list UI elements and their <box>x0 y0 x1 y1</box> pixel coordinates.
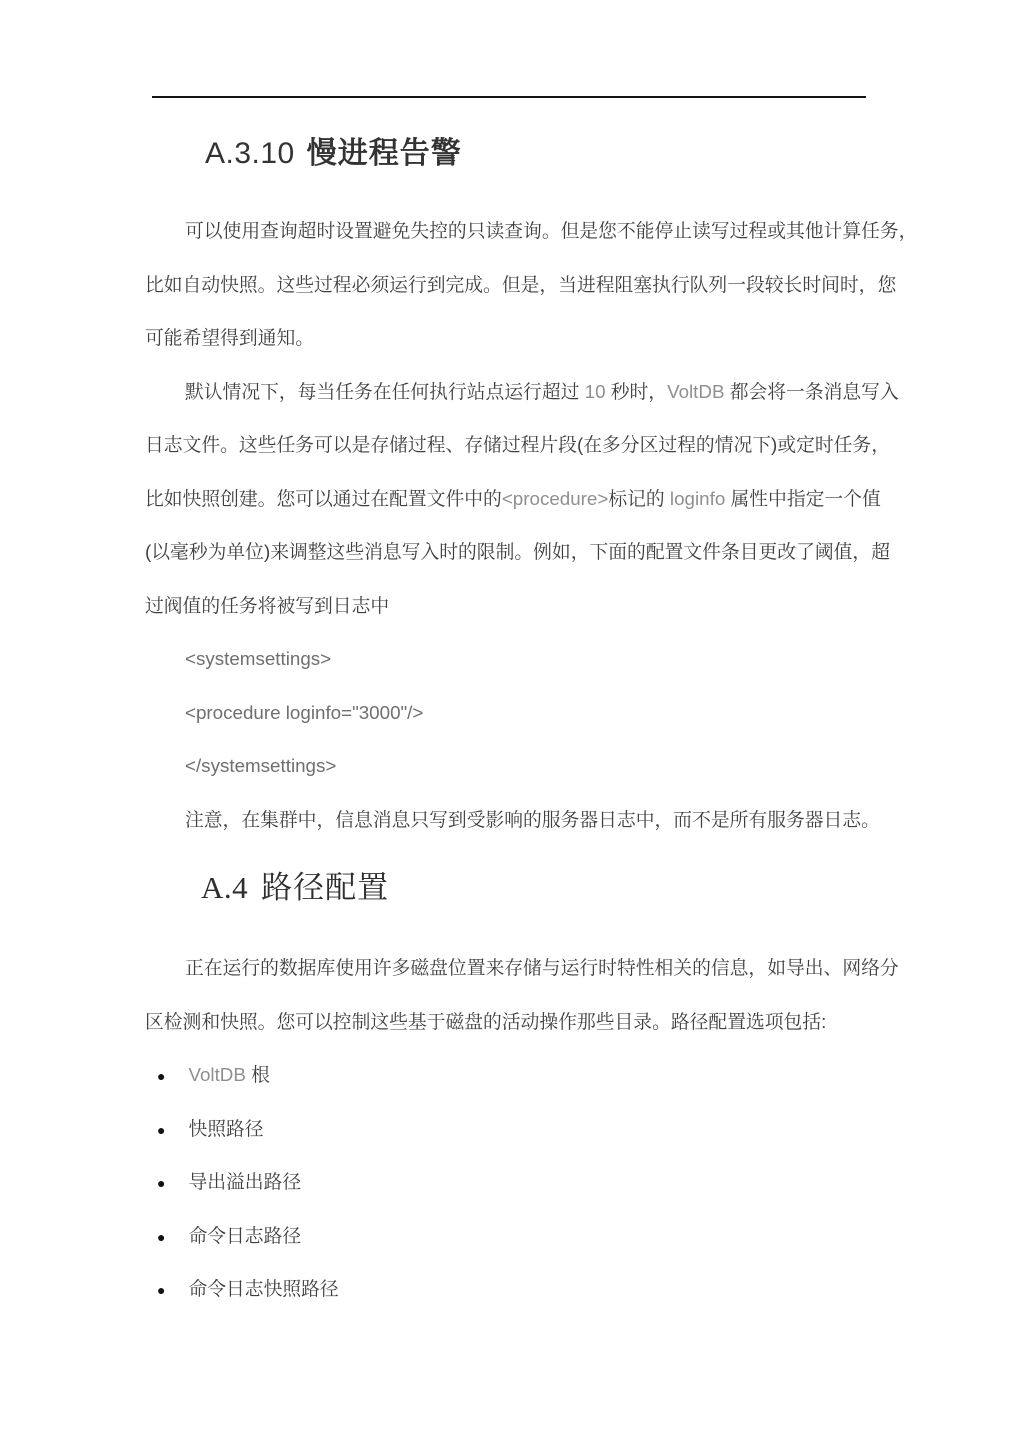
cjk-text: 快照路径 <box>188 1118 263 1139</box>
latin-text: <procedure loginfo="3000"/> <box>185 702 423 723</box>
bullet-icon: ● <box>157 1264 165 1318</box>
latin-text: VoltDB <box>188 1064 245 1085</box>
text-line: 比如快照创建。您可以通过在配置文件中的<procedure>标记的 loginf… <box>145 472 876 526</box>
cjk-text: 可以使用查询超时设置避免失控的只读查询。但是您不能停止读写过程或其他计算任务， <box>185 220 917 241</box>
latin-text: </systemsettings> <box>185 755 336 776</box>
latin-text: 10 <box>585 381 606 402</box>
cjk-text: 注意，在集群中，信息消息只写到受影响的服务器日志中，而不是所有服务器日志。 <box>185 809 880 830</box>
heading-number: A.3.10 <box>205 137 295 170</box>
text-line: 正在运行的数据库使用许多磁盘位置来存储与运行时特性相关的信息，如导出、网络分 <box>145 941 876 995</box>
latin-text: <procedure> <box>502 488 609 509</box>
text-line: 可能希望得到通知。 <box>145 311 876 365</box>
cjk-text: 属性中指定一个值 <box>725 488 880 509</box>
cjk-text: 默认情况下，每当任务在任何执行站点运行超过 <box>185 381 585 402</box>
cjk-text: 区检测和快照。您可以控制这些基于磁盘的活动操作那些目录。路径配置选项包括: <box>145 1011 826 1032</box>
text-line: 默认情况下，每当任务在任何执行站点运行超过 10 秒时，VoltDB 都会将一条… <box>145 365 876 419</box>
heading-title: 慢进程告警 <box>307 137 462 170</box>
cjk-text: (以毫秒为单位)来调整这些消息写入时的限制。例如，下面的配置文件条目更改了阈值，… <box>145 541 890 562</box>
latin-text: <systemsettings> <box>185 648 331 669</box>
list-item: ●快照路径 <box>145 1102 876 1156</box>
heading-title: 路径配置 <box>261 870 389 905</box>
bullet-icon: ● <box>157 1104 165 1158</box>
section-heading-path-config: A.4路径配置 <box>201 870 876 906</box>
code-line: <procedure loginfo="3000"/> <box>145 686 876 740</box>
bullet-icon: ● <box>157 1157 165 1211</box>
cjk-text: 比如快照创建。您可以通过在配置文件中的 <box>145 488 502 509</box>
section-heading-slow-process-alert: A.3.10慢进程告警 <box>205 136 876 172</box>
top-rule <box>152 96 866 98</box>
bullet-icon: ● <box>157 1211 165 1265</box>
list-item: ●导出溢出路径 <box>145 1155 876 1209</box>
list-item: ●命令日志路径 <box>145 1209 876 1263</box>
cjk-text: 根 <box>246 1064 270 1085</box>
path-options-list: ●VoltDB 根●快照路径●导出溢出路径●命令日志路径●命令日志快照路径 <box>145 1048 876 1316</box>
body-text-block-2: 正在运行的数据库使用许多磁盘位置来存储与运行时特性相关的信息，如导出、网络分区检… <box>145 941 876 1048</box>
page-content: A.3.10慢进程告警 可以使用查询超时设置避免失控的只读查询。但是您不能停止读… <box>145 0 876 1316</box>
text-line: (以毫秒为单位)来调整这些消息写入时的限制。例如，下面的配置文件条目更改了阈值，… <box>145 525 876 579</box>
cjk-text: 都会将一条消息写入 <box>725 381 899 402</box>
cjk-text: 比如自动快照。这些过程必须运行到完成。但是，当进程阻塞执行队列一段较长时间时，您 <box>145 274 896 295</box>
list-item: ●命令日志快照路径 <box>145 1262 876 1316</box>
cjk-text: 正在运行的数据库使用许多磁盘位置来存储与运行时特性相关的信息，如导出、网络分 <box>185 957 899 978</box>
cjk-text: 日志文件。这些任务可以是存储过程、存储过程片段(在多分区过程的情况下)或定时任务… <box>145 434 890 455</box>
bullet-icon: ● <box>157 1050 165 1104</box>
text-line: 区检测和快照。您可以控制这些基于磁盘的活动操作那些目录。路径配置选项包括: <box>145 995 876 1049</box>
text-line: 比如自动快照。这些过程必须运行到完成。但是，当进程阻塞执行队列一段较长时间时，您 <box>145 258 876 312</box>
code-line: <systemsettings> <box>145 632 876 686</box>
cjk-text: 过阀值的任务将被写到日志中 <box>145 595 389 616</box>
text-line: 注意，在集群中，信息消息只写到受影响的服务器日志中，而不是所有服务器日志。 <box>145 793 876 847</box>
cjk-text: 标记的 <box>608 488 670 509</box>
list-item: ●VoltDB 根 <box>145 1048 876 1102</box>
cjk-text: 导出溢出路径 <box>188 1171 301 1192</box>
code-line: </systemsettings> <box>145 739 876 793</box>
body-text-block-1: 可以使用查询超时设置避免失控的只读查询。但是您不能停止读写过程或其他计算任务，比… <box>145 204 876 846</box>
cjk-text: 命令日志路径 <box>188 1225 301 1246</box>
text-line: 日志文件。这些任务可以是存储过程、存储过程片段(在多分区过程的情况下)或定时任务… <box>145 418 876 472</box>
latin-text: VoltDB <box>667 381 724 402</box>
heading-number: A.4 <box>201 870 248 905</box>
text-line: 过阀值的任务将被写到日志中 <box>145 579 876 633</box>
cjk-text: 可能希望得到通知。 <box>145 327 314 348</box>
text-line: 可以使用查询超时设置避免失控的只读查询。但是您不能停止读写过程或其他计算任务， <box>145 204 876 258</box>
cjk-text: 秒时， <box>606 381 668 402</box>
latin-text: loginfo <box>670 488 725 509</box>
document-page: A.3.10慢进程告警 可以使用查询超时设置避免失控的只读查询。但是您不能停止读… <box>0 0 1019 1440</box>
cjk-text: 命令日志快照路径 <box>188 1278 338 1299</box>
